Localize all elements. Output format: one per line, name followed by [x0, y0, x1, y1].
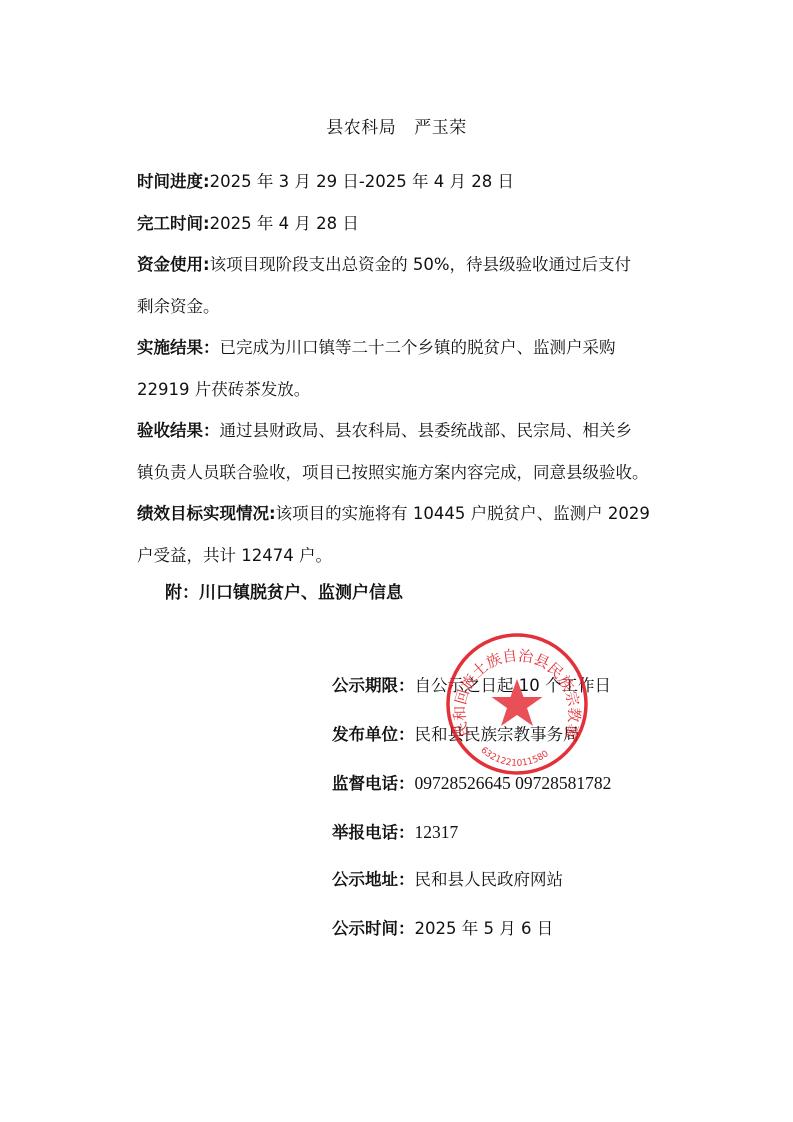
document-page: 县农科局严玉荣 时间进度:2025 年 3 月 29 日-2025 年 4 月 … [0, 0, 793, 1122]
notice-period-label: 公示期限： [332, 676, 415, 695]
title-person: 严玉荣 [414, 118, 467, 138]
notice-supervision-phone-label: 监督电话： [332, 774, 415, 793]
result-value-line2: 22919 片茯砖茶发放。 [137, 380, 310, 399]
notice-address-label: 公示地址： [332, 870, 415, 889]
paragraph-result: 实施结果：已完成为川口镇等二十二个乡镇的脱贫户、监测户采购 22919 片茯砖茶… [137, 327, 662, 410]
attachment-note: 附：川口镇脱贫户、监测户信息 [165, 578, 403, 603]
funding-value-line1: 该项目现阶段支出总资金的 50%，待县级验收通过后支付 [210, 255, 631, 274]
paragraph-funding: 资金使用:该项目现阶段支出总资金的 50%，待县级验收通过后支付 剩余资金。 [137, 244, 662, 327]
acceptance-label: 验收结果： [137, 421, 220, 440]
acceptance-value-line2: 镇负责人员联合验收，项目已按照实施方案内容完成，同意县级验收。 [137, 463, 649, 482]
notice-publisher: 发布单位：民和县民族宗教事务局 [332, 721, 611, 770]
paragraph-acceptance: 验收结果：通过县财政局、县农科局、县委统战部、民宗局、相关乡 镇负责人员联合验收… [137, 410, 662, 493]
notice-period-value: 自公示之日起 10 个工作日 [415, 676, 612, 695]
notice-publisher-value: 民和县民族宗教事务局 [415, 725, 580, 744]
notice-report-phone: 举报电话：12317 [332, 818, 611, 867]
completion-value: 2025 年 4 月 28 日 [210, 214, 359, 233]
result-label: 实施结果： [137, 338, 220, 357]
schedule-label: 时间进度: [137, 172, 210, 191]
paragraph-schedule: 时间进度:2025 年 3 月 29 日-2025 年 4 月 28 日 [137, 161, 662, 203]
report-body: 时间进度:2025 年 3 月 29 日-2025 年 4 月 28 日 完工时… [137, 161, 662, 576]
schedule-value: 2025 年 3 月 29 日-2025 年 4 月 28 日 [210, 172, 514, 191]
result-value-line1: 已完成为川口镇等二十二个乡镇的脱贫户、监测户采购 [220, 338, 616, 357]
notice-date: 公示时间：2025 年 5 月 6 日 [332, 915, 611, 964]
performance-value-line2: 户受益，共计 12474 户。 [137, 546, 332, 565]
notice-address-value: 民和县人民政府网站 [415, 870, 564, 889]
performance-label: 绩效目标实现情况: [137, 504, 276, 523]
paragraph-completion: 完工时间:2025 年 4 月 28 日 [137, 203, 662, 245]
notice-report-phone-value: 12317 [415, 822, 459, 842]
funding-label: 资金使用: [137, 255, 210, 274]
completion-label: 完工时间: [137, 214, 210, 233]
notice-report-phone-label: 举报电话： [332, 823, 415, 842]
notice-date-value: 2025 年 5 月 6 日 [415, 919, 554, 938]
notice-supervision-phone-value: 09728526645 09728581782 [415, 773, 612, 793]
acceptance-value-line1: 通过县财政局、县农科局、县委统战部、民宗局、相关乡 [220, 421, 633, 440]
public-notice-block: 公示期限：自公示之日起 10 个工作日 发布单位：民和县民族宗教事务局 监督电话… [332, 672, 611, 963]
performance-value-line1: 该项目的实施将有 10445 户脱贫户、监测户 2029 [276, 504, 650, 523]
title-org: 县农科局 [326, 118, 396, 138]
notice-publisher-label: 发布单位： [332, 725, 415, 744]
paragraph-performance: 绩效目标实现情况:该项目的实施将有 10445 户脱贫户、监测户 2029 户受… [137, 493, 662, 576]
notice-period: 公示期限：自公示之日起 10 个工作日 [332, 672, 611, 721]
notice-address: 公示地址：民和县人民政府网站 [332, 866, 611, 915]
notice-date-label: 公示时间： [332, 919, 415, 938]
notice-supervision-phone: 监督电话：09728526645 09728581782 [332, 769, 611, 818]
funding-value-line2: 剩余资金。 [137, 297, 220, 316]
document-title: 县农科局严玉荣 [0, 113, 793, 138]
